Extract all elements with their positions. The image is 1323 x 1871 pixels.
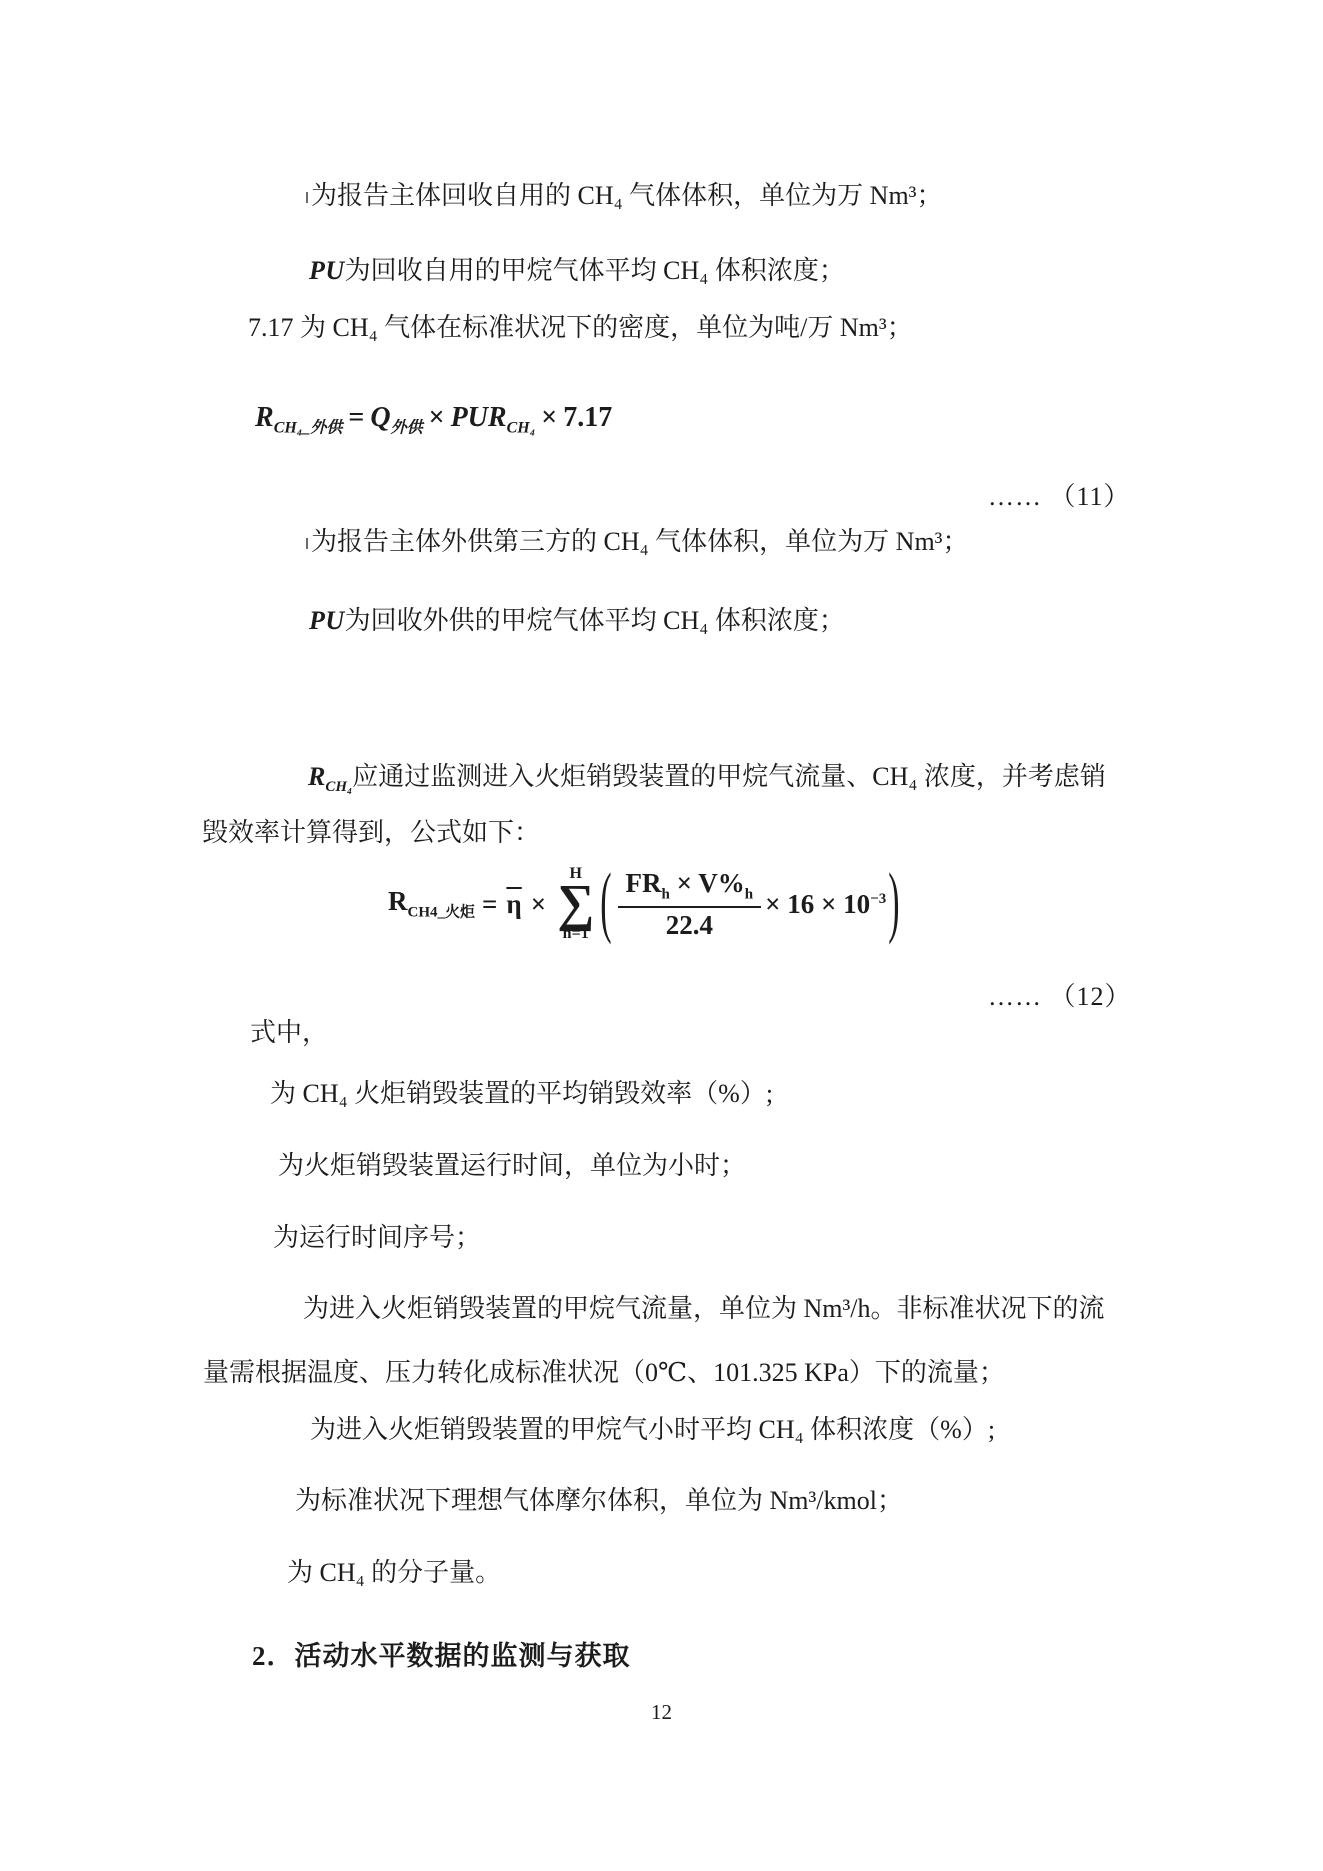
num-times: × [677,868,692,898]
text-line-density: 7.17 为 CH₄ 气体在标准状况下的密度，单位为吨/万 Nm³； [248,313,913,343]
open-paren: ( [600,859,611,948]
line-text: 为进入火炬销毁装置的甲烷气流量，单位为 Nm³/h。非标准状况下的流 [303,1294,1105,1323]
formula11-pur: PUR [451,402,507,433]
line-text: 为 CH₄ 火炬销毁装置的平均销毁效率（%）; [270,1079,773,1108]
text-line-molar-volume-definition: 为标准状况下理想气体摩尔体积，单位为 Nm³/kmol； [295,1486,903,1516]
fr-sub: h [662,886,670,902]
text-line-pu-supply: PU为回收外供的甲烷气体平均 CH₄ 体积浓度； [309,606,845,636]
formula12-equals: = [475,889,504,920]
line-text: 为运行时间序号； [273,1223,481,1252]
text-line-flare-intro-2: 毁效率计算得到，公式如下： [202,818,540,848]
clipped-glyph-mark [306,192,308,203]
summation-symbol: H ∑ h=1 [557,866,594,942]
formula12-r: R [388,886,408,916]
fr-term: FR [626,868,662,898]
line-text: 为报告主体回收自用的 CH₄ 气体体积，单位为万 Nm³； [311,181,942,210]
fraction-denominator: 22.4 [666,908,713,939]
formula12-eta-bar: η [504,889,523,920]
document-page: 为报告主体回收自用的 CH₄ 气体体积，单位为万 Nm³； PU为回收自用的甲烷… [0,0,1323,1871]
text-line-where: 式中， [250,1018,328,1048]
sigma-icon: ∑ [557,882,594,926]
line-text: 为报告主体外供第三方的 CH₄ 气体体积，单位为万 Nm³； [311,527,968,556]
variable-r-ch4: RCH₄ [308,762,352,791]
fraction: FRh × V%h 22.4 [618,869,762,939]
formula12-r-sub: CH4_火炬 [408,905,476,921]
text-line-pu-self: PU为回收自用的甲烷气体平均 CH₄ 体积浓度； [309,256,845,286]
line-text: 毁效率计算得到，公式如下： [202,818,540,847]
equation-number-12: …… （12） [988,976,1132,1013]
text-line-concentration-definition: 为进入火炬销毁装置的甲烷气小时平均 CH₄ 体积浓度（%）; [310,1415,995,1445]
variable-pu: PU [309,606,345,635]
formula11-pur-sub: CH₄ [507,420,536,437]
text-line-index-definition: 为运行时间序号； [273,1223,481,1253]
clipped-glyph-mark [306,538,308,549]
line-text: 为火炬销毁装置运行时间，单位为小时； [278,1151,746,1180]
variable-pu: PU [309,256,345,285]
variable-r-sub: CH₄ [325,779,352,795]
close-paren: ) [888,859,899,948]
text-line-eta-definition: 为 CH₄ 火炬销毁装置的平均销毁效率（%）; [270,1079,773,1109]
line-text: 为标准状况下理想气体摩尔体积，单位为 Nm³/kmol； [295,1486,903,1515]
fraction-numerator: FRh × V%h [618,869,762,908]
formula11-q: Q [370,402,390,433]
v-sub: h [745,886,753,902]
section-heading: 2．活动水平数据的监测与获取 [252,1634,631,1673]
formula11-coef: 7.17 [563,402,612,433]
line-text: 为 CH₄ 的分子量。 [287,1558,501,1587]
line-text: 7.17 为 CH₄ 气体在标准状况下的密度，单位为吨/万 Nm³； [248,313,913,342]
formula11-r: R [255,402,274,433]
tail-exponent: −3 [870,891,886,907]
sum-lower-limit: h=1 [563,926,589,942]
text-line-time-definition: 为火炬销毁装置运行时间，单位为小时； [278,1151,746,1181]
line-text: 应通过监测进入火炬销毁装置的甲烷气流量、CH₄ 浓度，并考虑销 [352,762,1106,791]
text-line-recovered-self-volume: 为报告主体回收自用的 CH₄ 气体体积，单位为万 Nm³； [306,181,942,211]
equation-number-11: …… （11） [988,476,1131,513]
tail-factors: × 16 × 10 [765,889,870,919]
line-text: 式中， [250,1018,328,1047]
line-text: 量需根据温度、压力转化成标准状况（0℃、101.325 KPa）下的流量； [203,1358,1005,1387]
text-line-flow-definition-2: 量需根据温度、压力转化成标准状况（0℃、101.325 KPa）下的流量； [203,1358,1005,1388]
line-text: 为进入火炬销毁装置的甲烷气小时平均 CH₄ 体积浓度（%）; [310,1415,995,1444]
text-line-flare-intro: RCH₄应通过监测进入火炬销毁装置的甲烷气流量、CH₄ 浓度，并考虑销 [308,762,1106,796]
text-line-molecular-weight-definition: 为 CH₄ 的分子量。 [287,1558,501,1588]
text-line-flow-definition: 为进入火炬销毁装置的甲烷气流量，单位为 Nm³/h。非标准状况下的流 [303,1294,1105,1324]
formula-12: RCH4_火炬 = η × H ∑ h=1 ( FRh × V%h 22.4 ×… [388,866,902,942]
formula-11: RCH₄_外供=Q外供×PURCH₄×7.17 [255,402,612,438]
formula11-q-sub: 外供 [391,420,423,437]
variable-r: R [308,762,325,791]
line-text: 为回收外供的甲烷气体平均 CH₄ 体积浓度； [345,606,845,635]
formula12-tail: × 16 × 10−3 [765,889,886,920]
v-term: V% [698,868,745,898]
formula11-times1: × [423,402,451,433]
formula11-r-sub: CH₄_外供 [274,420,343,437]
text-line-supplied-volume: 为报告主体外供第三方的 CH₄ 气体体积，单位为万 Nm³； [306,527,968,557]
page-number: 12 [0,1700,1323,1725]
formula12-times: × [524,889,553,920]
formula12-lhs: RCH4_火炬 [388,886,475,921]
formula11-equals: = [342,402,370,433]
formula11-times2: × [535,402,563,433]
line-text: 为回收自用的甲烷气体平均 CH₄ 体积浓度； [345,256,845,285]
